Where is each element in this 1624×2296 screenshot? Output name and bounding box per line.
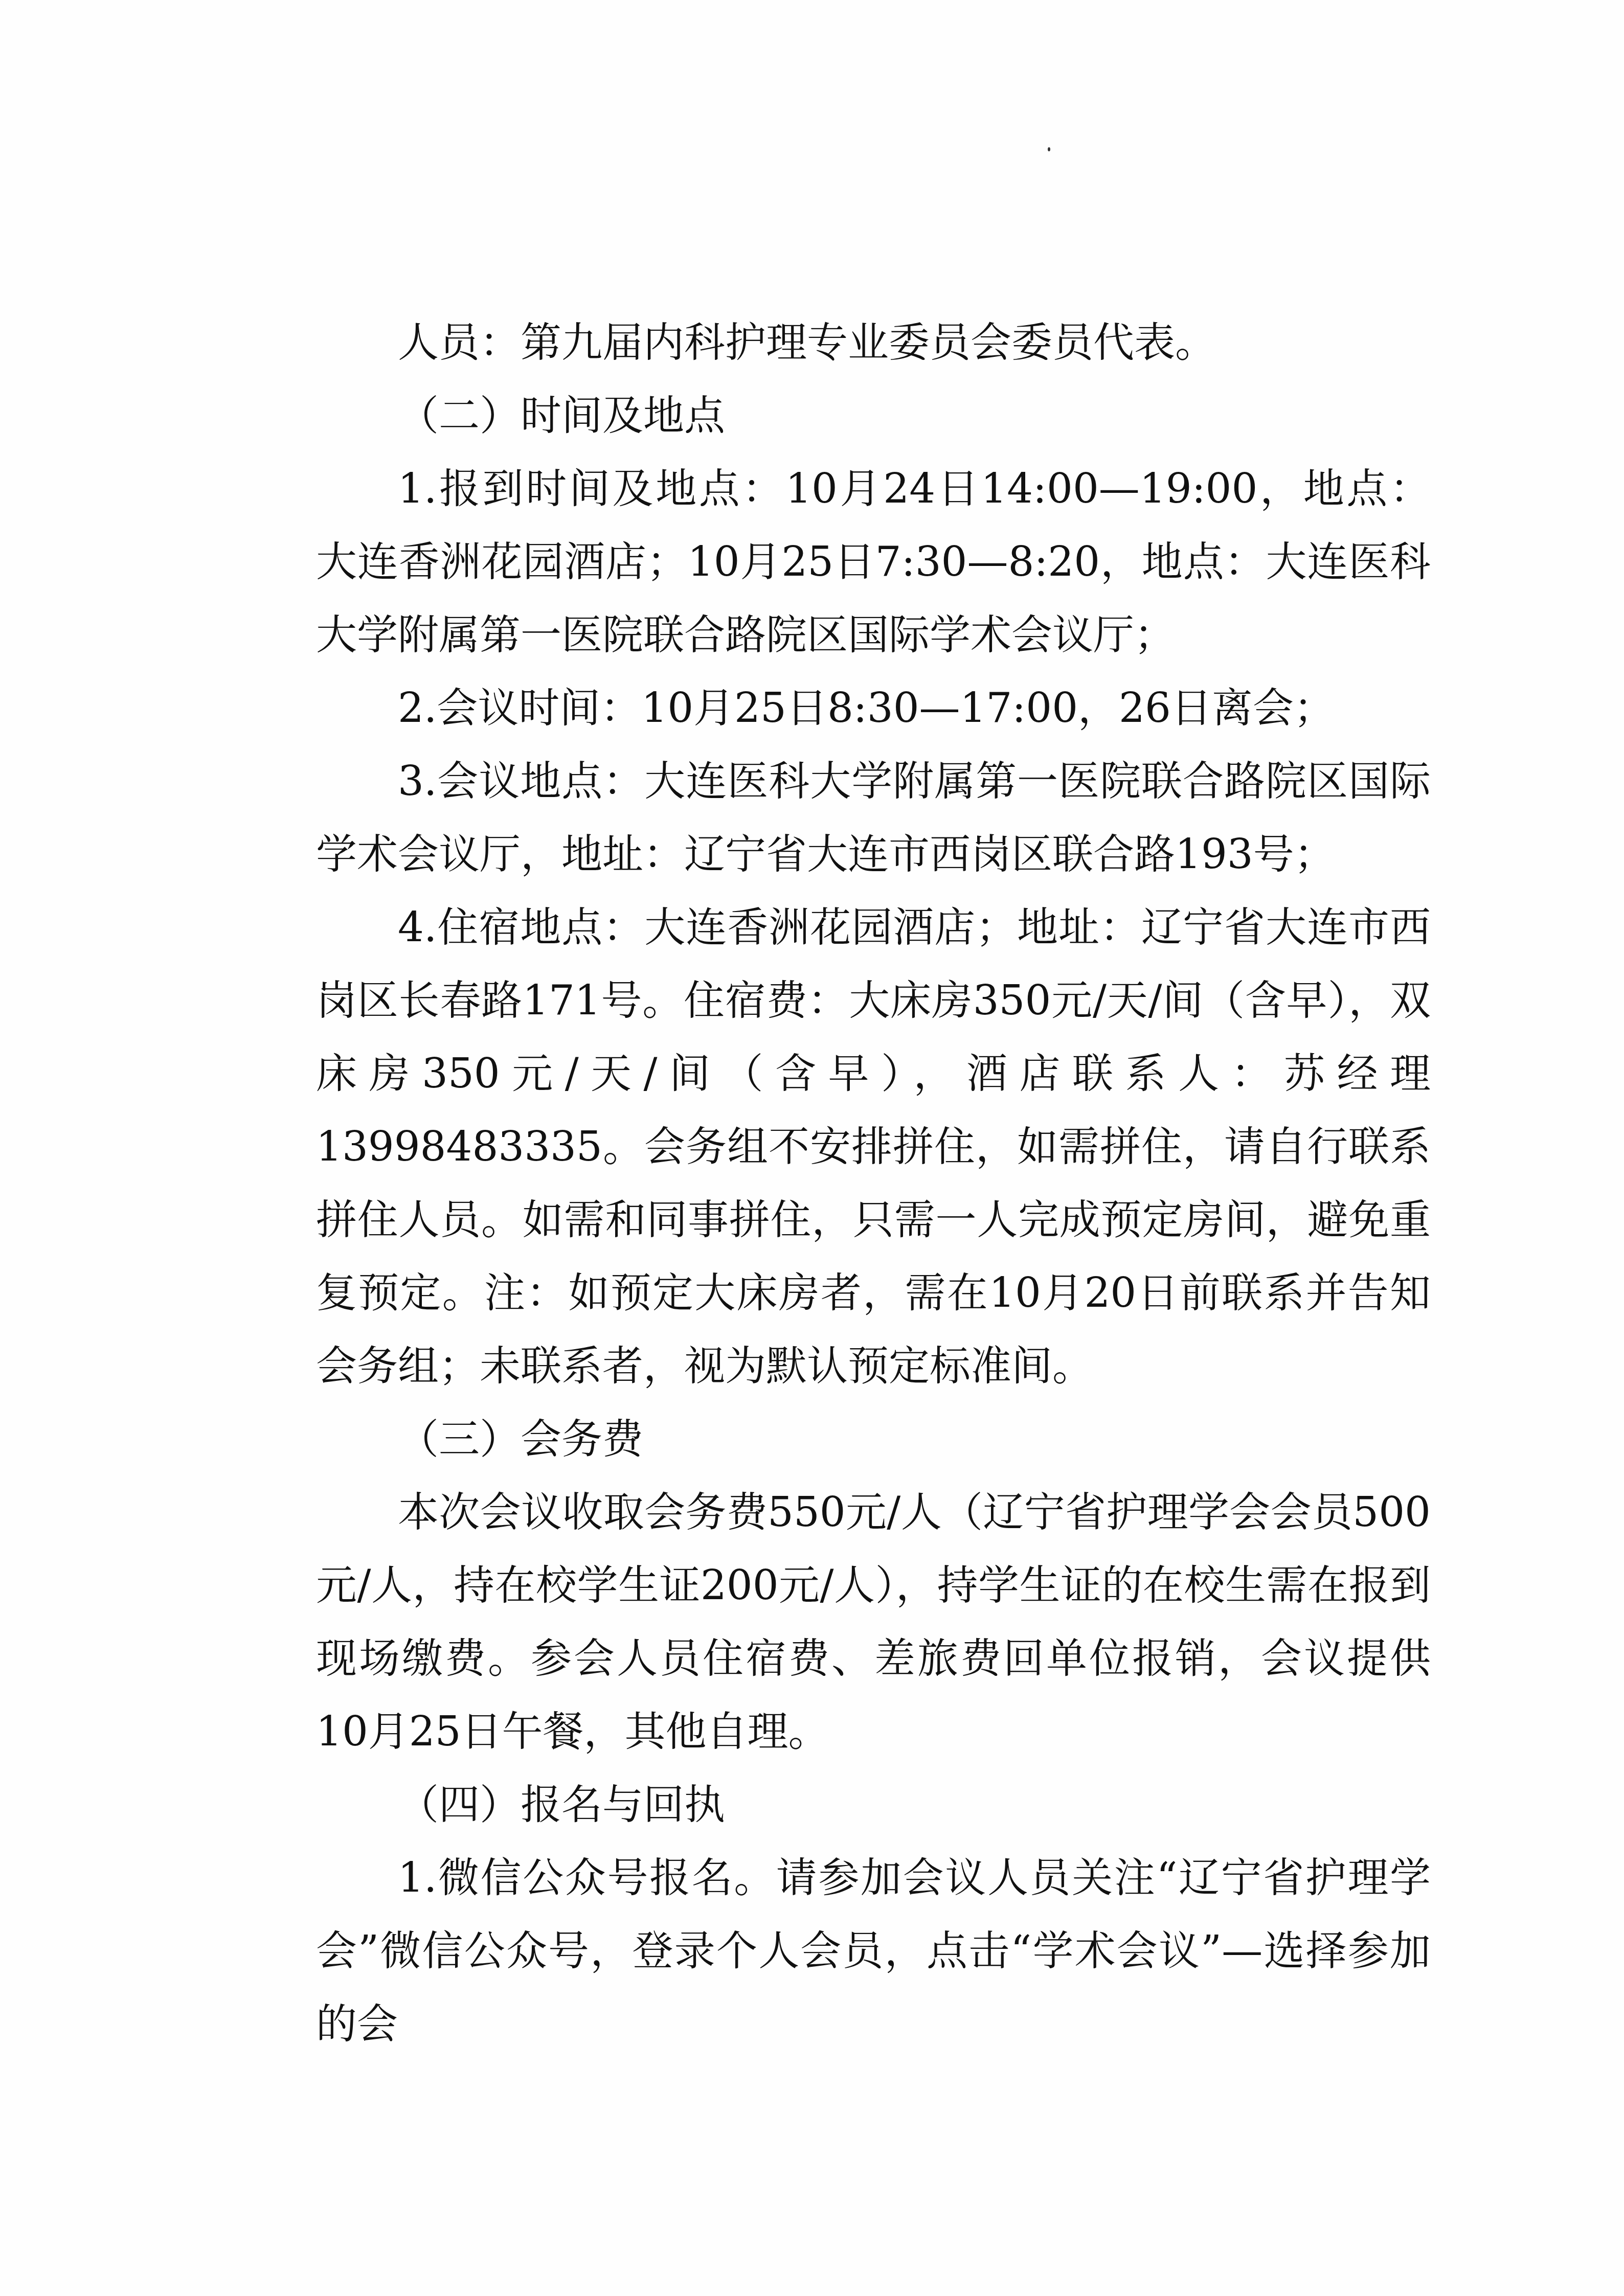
attendees-paragraph: 人员：第九届内科护理专业委员会委员代表。 [316, 306, 1431, 379]
meeting-time-paragraph: 2.会议时间：10月25日8:30—17:00，26日离会； [316, 671, 1431, 744]
fees-paragraph: 本次会议收取会务费550元/人（辽宁省护理学会会员500元/人，持在校学生证20… [316, 1475, 1431, 1768]
section-heading-time-location: （二）时间及地点 [316, 379, 1431, 452]
registration-time-paragraph: 1.报到时间及地点：10月24日14:00—19:00，地点：大连香洲花园酒店；… [316, 452, 1431, 671]
section-heading-registration: （四）报名与回执 [316, 1768, 1431, 1841]
accommodation-paragraph: 4.住宿地点：大连香洲花园酒店；地址：辽宁省大连市西岗区长春路171号。住宿费：… [316, 891, 1431, 1402]
wechat-registration-paragraph: 1.微信公众号报名。请参加会议人员关注“辽宁省护理学会”微信公众号，登录个人会员… [316, 1841, 1431, 2060]
section-heading-fees: （三）会务费 [316, 1402, 1431, 1475]
document-page: 人员：第九届内科护理专业委员会委员代表。 （二）时间及地点 1.报到时间及地点：… [0, 0, 1624, 2296]
document-body: 人员：第九届内科护理专业委员会委员代表。 （二）时间及地点 1.报到时间及地点：… [316, 306, 1431, 2060]
scan-speck [1048, 147, 1050, 151]
meeting-location-paragraph: 3.会议地点：大连医科大学附属第一医院联合路院区国际学术会议厅，地址：辽宁省大连… [316, 744, 1431, 891]
